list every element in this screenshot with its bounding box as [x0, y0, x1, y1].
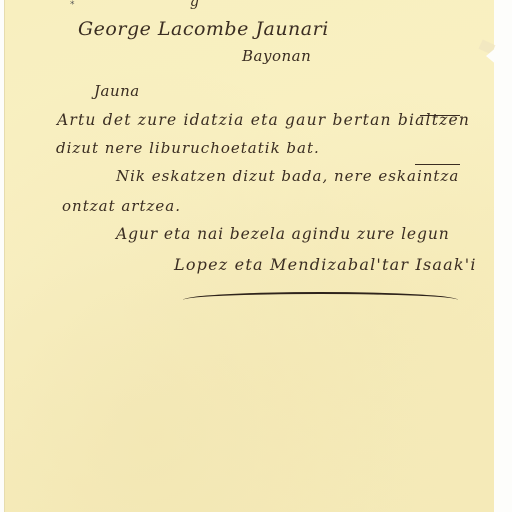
body-line-2: dizut nere liburuchoetatik bat.	[56, 139, 320, 157]
recipient-city: Bayonan	[242, 47, 311, 65]
signature: Lopez eta Mendizabal'tar Isaak'i	[174, 255, 477, 274]
top-text-fragment: g	[190, 0, 199, 10]
body-line-5: Agur eta nai bezela agindu zure legun	[116, 225, 450, 243]
t-cross-stroke	[420, 115, 460, 116]
body-line-3: Nik eskatzen dizut bada, nere eskaintza	[116, 167, 459, 185]
body-line-1: Artu det zure idatzia eta gaur bertan bi…	[57, 111, 470, 129]
salutation: Jauna	[94, 82, 140, 100]
t-cross-stroke	[415, 164, 460, 165]
body-line-4: ontzat artzea.	[62, 197, 181, 215]
asterisk-mark: *	[70, 0, 75, 10]
recipient-name: George Lacombe Jaunari	[78, 18, 329, 40]
paper-tear	[486, 46, 498, 66]
